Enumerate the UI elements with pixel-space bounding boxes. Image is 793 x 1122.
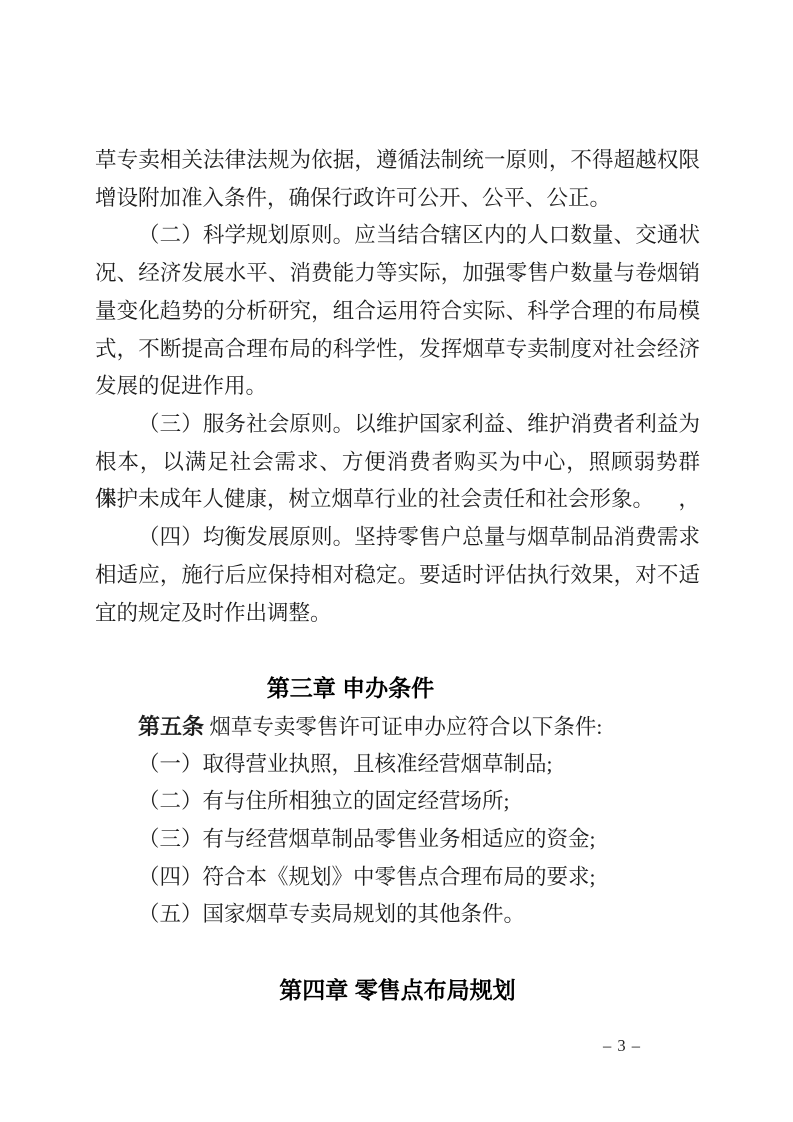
blank-line bbox=[95, 632, 700, 670]
body-line: 量变化趋势的分析研究，组合运用符合实际、科学合理的布局模 bbox=[95, 293, 700, 331]
body-line: （四）符合本《规划》中零售点合理布局的要求; bbox=[95, 859, 700, 897]
body-line: （四）均衡发展原则。坚持零售户总量与烟草制品消费需求 bbox=[95, 519, 700, 557]
article-text: 烟草专卖零售许可证申办应符合以下条件: bbox=[204, 715, 602, 739]
blank-line bbox=[95, 934, 700, 972]
body-line: 根本，以满足社会需求、方便消费者购买为中心，照顾弱势群体， bbox=[95, 444, 700, 482]
body-line: 发展的促进作用。 bbox=[95, 368, 700, 406]
text-column: 草专卖相关法律法规为依据，遵循法制统一原则，不得超越权限增设附加准入条件，确保行… bbox=[95, 142, 700, 1010]
body-line: （三）服务社会原则。以维护国家利益、维护消费者利益为 bbox=[95, 406, 700, 444]
chapter-heading-3: 第三章 申办条件 bbox=[95, 670, 700, 708]
body-line: （二）有与住所相独立的固定经营场所; bbox=[95, 783, 700, 821]
body-line: （二）科学规划原则。应当结合辖区内的人口数量、交通状 bbox=[95, 217, 700, 255]
body-line: 相适应，施行后应保持相对稳定。要适时评估执行效果，对不适 bbox=[95, 557, 700, 595]
document-page: 草专卖相关法律法规为依据，遵循法制统一原则，不得超越权限增设附加准入条件，确保行… bbox=[0, 0, 793, 1122]
body-line: 草专卖相关法律法规为依据，遵循法制统一原则，不得超越权限 bbox=[95, 142, 700, 180]
body-line: （五）国家烟草专卖局规划的其他条件。 bbox=[95, 896, 700, 934]
body-line: （三）有与经营烟草制品零售业务相适应的资金; bbox=[95, 821, 700, 859]
body-line: 况、经济发展水平、消费能力等实际，加强零售户数量与卷烟销 bbox=[95, 255, 700, 293]
chapter-heading-4: 第四章 零售点布局规划 bbox=[95, 972, 700, 1010]
body-line: 保护未成年人健康，树立烟草行业的社会责任和社会形象。 bbox=[95, 481, 700, 519]
article-number: 第五条 bbox=[138, 714, 204, 739]
body-line: 增设附加准入条件，确保行政许可公开、公平、公正。 bbox=[95, 180, 700, 218]
body-line: 式，不断提高合理布局的科学性，发挥烟草专卖制度对社会经济 bbox=[95, 331, 700, 369]
page-number: – 3 – bbox=[603, 1036, 641, 1056]
article-5-line: 第五条 烟草专卖零售许可证申办应符合以下条件: bbox=[95, 708, 700, 746]
body-line: 宜的规定及时作出调整。 bbox=[95, 595, 700, 633]
body-line: （一）取得营业执照，且核准经营烟草制品; bbox=[95, 746, 700, 784]
